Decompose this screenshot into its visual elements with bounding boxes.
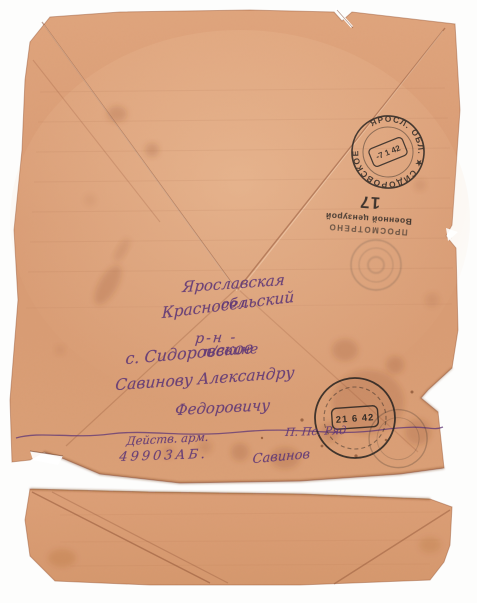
bottom-flap <box>25 489 452 585</box>
sender-field-post: П. Пс. Ряд <box>285 424 347 439</box>
faint-round-stamp <box>347 236 405 294</box>
sender-field-post-number: 49903АБ. <box>118 447 208 465</box>
scanned-letter: 21 6 42 ЯРОСЛ. ОБЛ. ★ СИДОРОВСКОЕ -7 1 4… <box>0 0 477 603</box>
dispatch-postmark-stamp: 21 6 42 <box>298 361 412 475</box>
censor-stamp: ПРОСМОТРЕНО Военной цензурой 17 <box>317 188 422 237</box>
